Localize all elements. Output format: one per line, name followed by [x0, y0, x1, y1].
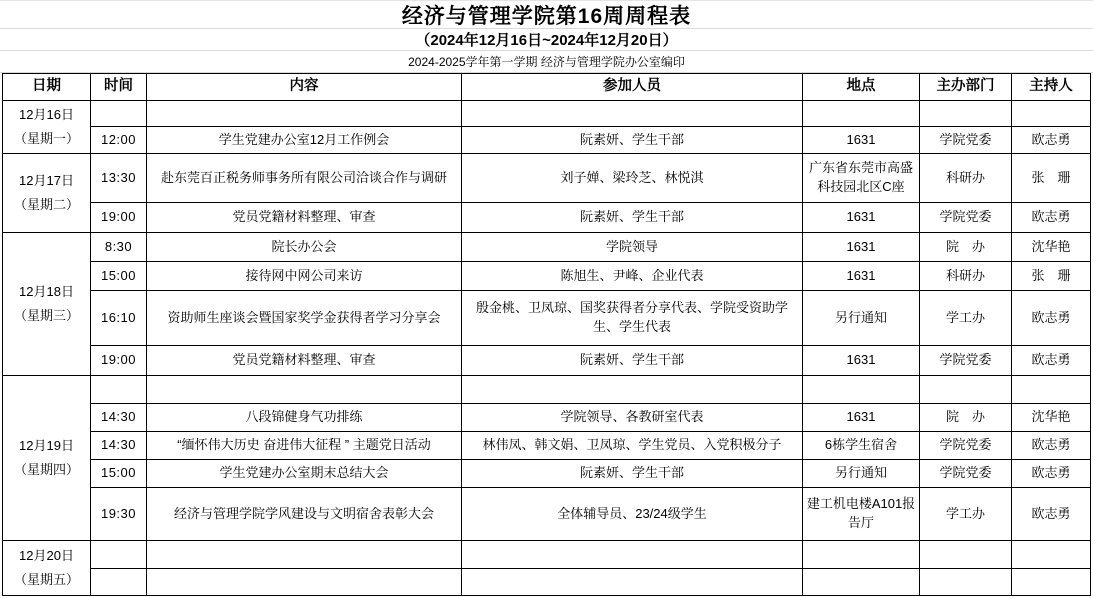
schedule-row: 19:00党员党籍材料整理、审查阮素妍、学生干部1631学院党委欧志勇 — [3, 203, 1091, 233]
department-cell: 学院党委 — [920, 127, 1012, 154]
date-cell: 12月19日（星期四） — [3, 376, 91, 541]
participants-cell: 学院领导 — [462, 233, 803, 262]
content-cell: 学生党建办公室期末总结大会 — [147, 460, 462, 488]
schedule-row: 14:30八段锦健身气功排练学院领导、各教研室代表1631院 办沈华艳 — [3, 404, 1091, 432]
title-area: 经济与管理学院第16周周程表 （2024年12月16日~2024年12月20日）… — [0, 0, 1093, 73]
location-cell: 1631 — [803, 404, 920, 432]
host-cell — [1012, 101, 1091, 127]
department-cell: 学院党委 — [920, 432, 1012, 460]
host-cell: 欧志勇 — [1012, 460, 1091, 488]
department-cell: 院 办 — [920, 404, 1012, 432]
participants-cell — [462, 569, 803, 596]
weekday-text: （星期三） — [6, 304, 87, 328]
time-cell: 15:00 — [91, 262, 147, 291]
header-row: 日期 时间 内容 参加人员 地点 主办部门 主持人 — [3, 74, 1091, 101]
time-cell: 19:30 — [91, 488, 147, 541]
department-cell: 科研办 — [920, 154, 1012, 203]
department-cell — [920, 541, 1012, 569]
date-cell: 12月17日（星期二） — [3, 154, 91, 233]
host-cell: 欧志勇 — [1012, 432, 1091, 460]
date-text: 12月20日 — [6, 544, 87, 568]
header-department: 主办部门 — [920, 74, 1012, 101]
schedule-row: 14:30“缅怀伟大历史 奋进伟大征程 ” 主题党日活动林伟凤、韩文娟、卫凤琼、… — [3, 432, 1091, 460]
schedule-row: 16:10资助师生座谈会暨国家奖学金获得者学习分享会殷金桃、卫凤琼、国奖获得者分… — [3, 291, 1091, 346]
content-cell: 接待网中网公司来访 — [147, 262, 462, 291]
content-cell: 党员党籍材料整理、审查 — [147, 346, 462, 376]
host-cell — [1012, 569, 1091, 596]
time-cell — [91, 541, 147, 569]
header-participants: 参加人员 — [462, 74, 803, 101]
schedule-row: 19:00党员党籍材料整理、审查阮素妍、学生干部1631学院党委欧志勇 — [3, 346, 1091, 376]
time-cell: 13:30 — [91, 154, 147, 203]
content-cell: 资助师生座谈会暨国家奖学金获得者学习分享会 — [147, 291, 462, 346]
content-cell: 院长办公会 — [147, 233, 462, 262]
department-cell: 学院党委 — [920, 460, 1012, 488]
time-cell — [91, 101, 147, 127]
header-time: 时间 — [91, 74, 147, 101]
participants-cell: 阮素妍、学生干部 — [462, 460, 803, 488]
host-cell: 沈华艳 — [1012, 404, 1091, 432]
content-cell: 八段锦健身气功排练 — [147, 404, 462, 432]
header-date: 日期 — [3, 74, 91, 101]
content-cell: “缅怀伟大历史 奋进伟大征程 ” 主题党日活动 — [147, 432, 462, 460]
header-content: 内容 — [147, 74, 462, 101]
location-cell: 1631 — [803, 346, 920, 376]
participants-cell: 殷金桃、卫凤琼、国奖获得者分享代表、学院受资助学生、学生代表 — [462, 291, 803, 346]
time-cell: 14:30 — [91, 432, 147, 460]
location-cell: 1631 — [803, 262, 920, 291]
participants-cell: 阮素妍、学生干部 — [462, 127, 803, 154]
participants-cell: 刘子婵、梁玲芝、林悦淇 — [462, 154, 803, 203]
department-cell — [920, 376, 1012, 404]
header-location: 地点 — [803, 74, 920, 101]
page-title: 经济与管理学院第16周周程表 — [0, 0, 1093, 29]
department-cell: 学院党委 — [920, 346, 1012, 376]
location-cell — [803, 101, 920, 127]
schedule-row: 12月18日（星期三）8:30院长办公会学院领导1631院 办沈华艳 — [3, 233, 1091, 262]
time-cell: 14:30 — [91, 404, 147, 432]
schedule-row: 15:00接待网中网公司来访陈旭生、尹峰、企业代表1631科研办张 珊 — [3, 262, 1091, 291]
location-cell — [803, 541, 920, 569]
schedule-table: 日期 时间 内容 参加人员 地点 主办部门 主持人 12月16日（星期一）12:… — [2, 73, 1091, 596]
time-cell: 19:00 — [91, 346, 147, 376]
location-cell: 建工机电楼A101报告厅 — [803, 488, 920, 541]
schedule-row: 12月20日（星期五） — [3, 541, 1091, 569]
time-cell — [91, 376, 147, 404]
department-cell: 学院党委 — [920, 203, 1012, 233]
weekday-text: （星期四） — [6, 458, 87, 482]
time-cell: 8:30 — [91, 233, 147, 262]
schedule-row: 12月16日（星期一） — [3, 101, 1091, 127]
content-cell — [147, 376, 462, 404]
edition-note: 2024-2025学年第一学期 经济与管理学院办公室编印 — [0, 51, 1093, 73]
location-cell — [803, 569, 920, 596]
schedule-page: 经济与管理学院第16周周程表 （2024年12月16日~2024年12月20日）… — [0, 0, 1093, 598]
location-cell: 1631 — [803, 127, 920, 154]
schedule-row: 19:30经济与管理学院学风建设与文明宿舍表彰大会全体辅导员、23/24级学生建… — [3, 488, 1091, 541]
location-cell: 6栋学生宿舍 — [803, 432, 920, 460]
host-cell: 沈华艳 — [1012, 233, 1091, 262]
content-cell: 经济与管理学院学风建设与文明宿舍表彰大会 — [147, 488, 462, 541]
department-cell — [920, 101, 1012, 127]
department-cell: 科研办 — [920, 262, 1012, 291]
date-text: 12月19日 — [6, 434, 87, 458]
host-cell — [1012, 541, 1091, 569]
location-cell: 广东省东莞市高盛科技园北区C座 — [803, 154, 920, 203]
location-cell: 另行通知 — [803, 460, 920, 488]
host-cell: 张 珊 — [1012, 154, 1091, 203]
date-text: 12月17日 — [6, 169, 87, 193]
weekday-text: （星期一） — [6, 127, 87, 151]
time-cell — [91, 569, 147, 596]
schedule-row: 15:00学生党建办公室期末总结大会阮素妍、学生干部另行通知学院党委欧志勇 — [3, 460, 1091, 488]
weekday-text: （星期五） — [6, 568, 87, 592]
location-cell: 另行通知 — [803, 291, 920, 346]
time-cell: 16:10 — [91, 291, 147, 346]
department-cell: 院 办 — [920, 233, 1012, 262]
date-text: 12月16日 — [6, 103, 87, 127]
content-cell — [147, 569, 462, 596]
location-cell — [803, 376, 920, 404]
date-cell: 12月18日（星期三） — [3, 233, 91, 376]
content-cell: 赴东莞百正税务师事务所有限公司洽谈合作与调研 — [147, 154, 462, 203]
department-cell — [920, 569, 1012, 596]
participants-cell — [462, 101, 803, 127]
host-cell: 张 珊 — [1012, 262, 1091, 291]
host-cell: 欧志勇 — [1012, 127, 1091, 154]
date-cell: 12月20日（星期五） — [3, 541, 91, 596]
weekday-text: （星期二） — [6, 193, 87, 217]
participants-cell: 陈旭生、尹峰、企业代表 — [462, 262, 803, 291]
participants-cell: 阮素妍、学生干部 — [462, 203, 803, 233]
participants-cell — [462, 376, 803, 404]
host-cell: 欧志勇 — [1012, 291, 1091, 346]
host-cell: 欧志勇 — [1012, 488, 1091, 541]
content-cell: 党员党籍材料整理、审查 — [147, 203, 462, 233]
content-cell — [147, 541, 462, 569]
location-cell: 1631 — [803, 233, 920, 262]
schedule-row: 12:00学生党建办公室12月工作例会阮素妍、学生干部1631学院党委欧志勇 — [3, 127, 1091, 154]
time-cell: 12:00 — [91, 127, 147, 154]
date-range-subtitle: （2024年12月16日~2024年12月20日） — [0, 29, 1093, 51]
schedule-row — [3, 569, 1091, 596]
department-cell: 学工办 — [920, 488, 1012, 541]
host-cell: 欧志勇 — [1012, 203, 1091, 233]
host-cell — [1012, 376, 1091, 404]
participants-cell: 阮素妍、学生干部 — [462, 346, 803, 376]
date-cell: 12月16日（星期一） — [3, 101, 91, 154]
content-cell — [147, 101, 462, 127]
participants-cell: 全体辅导员、23/24级学生 — [462, 488, 803, 541]
schedule-row: 12月19日（星期四） — [3, 376, 1091, 404]
participants-cell: 林伟凤、韩文娟、卫凤琼、学生党员、入党积极分子 — [462, 432, 803, 460]
header-host: 主持人 — [1012, 74, 1091, 101]
time-cell: 15:00 — [91, 460, 147, 488]
participants-cell — [462, 541, 803, 569]
host-cell: 欧志勇 — [1012, 346, 1091, 376]
department-cell: 学工办 — [920, 291, 1012, 346]
date-text: 12月18日 — [6, 280, 87, 304]
location-cell: 1631 — [803, 203, 920, 233]
content-cell: 学生党建办公室12月工作例会 — [147, 127, 462, 154]
schedule-row: 12月17日（星期二）13:30赴东莞百正税务师事务所有限公司洽谈合作与调研刘子… — [3, 154, 1091, 203]
participants-cell: 学院领导、各教研室代表 — [462, 404, 803, 432]
time-cell: 19:00 — [91, 203, 147, 233]
